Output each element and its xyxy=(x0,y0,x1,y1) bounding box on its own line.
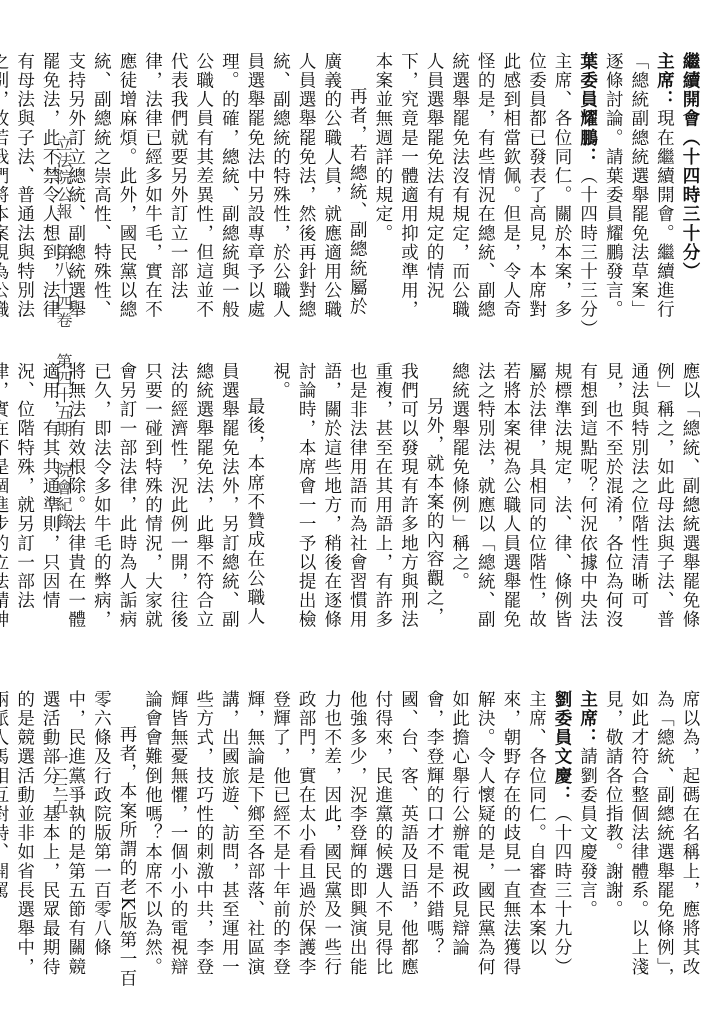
section-label: 院會紀錄 xyxy=(52,462,75,530)
publication-name: 立法院公報 xyxy=(52,135,75,220)
volume-label: 第八十四卷 xyxy=(52,244,75,329)
text-tier-2: 應以「總統、副總統選舉罷免條例」稱之，如此母法與子法、普通法與特別法之位階性清晰… xyxy=(84,362,702,634)
paragraph-text: （十四時三十九分）主席、各位同仁。自審查本案以來，朝野存在的歧見一直無法獲得解決… xyxy=(143,690,573,977)
running-footer: 立法院公報 第八十四卷 第四十五期 院會紀錄 xyxy=(52,135,75,548)
paragraph: 另外，就本案的內容觀之，我們可以發現有許多地方與刑法重複，甚至在其用語上，有許多… xyxy=(267,362,446,634)
paragraph: 主席：現在繼續開會。繼續進行「總統副總統選舉罷免法草案」逐條討論。請葉委員耀鵬發… xyxy=(600,52,677,332)
session-resume-text: 繼續開會（十四時三十分） xyxy=(680,52,700,281)
session-resume-line: 繼續開會（十四時三十分） xyxy=(676,52,702,332)
paragraph-text: 請劉委員文慶發言。 xyxy=(578,747,598,919)
paragraph-text: 席以為，起碼在名稱上，應將其改為「總統、副總統選舉罷免條例」，如此才符合整個法律… xyxy=(603,690,700,987)
text-tier-1: 繼續開會（十四時三十分） 主席：現在繼續開會。繼續進行「總統副總統選舉罷免法草案… xyxy=(84,52,702,332)
paragraph-text: 再者，本案所謂的老K版第一百零六條及行政院版第一百零八條中，民進黨爭執的是第五節… xyxy=(0,690,137,988)
paragraph-text: 應以「總統、副總統選舉罷免條例」稱之，如此母法與子法、普通法與特別法之位階性清晰… xyxy=(450,362,700,629)
speaker-label: 葉委員耀鵬： xyxy=(578,52,598,167)
paragraph-text: （十四時三十三分）主席、各位同仁。關於本案，多位委員都已發表了高見，本席對此感到… xyxy=(373,52,598,330)
paragraph: 應以「總統、副總統選舉罷免條例」稱之，如此母法與子法、普通法與特別法之位階性清晰… xyxy=(446,362,702,634)
speaker-label: 主席： xyxy=(578,690,598,747)
paragraph: 劉委員文慶：（十四時三十九分）主席、各位同仁。自審查本案以來，朝野存在的歧見一直… xyxy=(139,690,574,990)
speaker-label: 劉委員文慶： xyxy=(552,690,572,805)
speaker-label: 主席： xyxy=(654,52,674,109)
paragraph: 主席：請劉委員文慶發言。 xyxy=(574,690,600,990)
paragraph: 席以為，起碼在名稱上，應將其改為「總統、副總統選舉罷免條例」，如此才符合整個法律… xyxy=(600,690,702,990)
paragraph: 最後，本席不贊成在公職人員選舉罷免法外，另訂總統、副總統選舉罷免法，此舉不符合立… xyxy=(0,362,267,634)
issue-label: 第四十五期 xyxy=(52,353,75,438)
paragraph-text: 另外，就本案的內容觀之，我們可以發現有許多地方與刑法重複，甚至在其用語上，有許多… xyxy=(271,362,445,629)
paragraph-text: 最後，本席不贊成在公職人員選舉罷免法外，另訂總統、副總統選舉罷免法，此舉不符合立… xyxy=(0,362,265,629)
paragraph: 再者，本案所謂的老K版第一百零六條及行政院版第一百零八條中，民進黨爭執的是第五節… xyxy=(0,690,139,990)
paragraph: 葉委員耀鵬：（十四時三十三分）主席、各位同仁。關於本案，多位委員都已發表了高見，… xyxy=(369,52,599,332)
text-tier-3: 席以為，起碼在名稱上，應將其改為「總統、副總統選舉罷免條例」，如此才符合整個法律… xyxy=(84,690,702,990)
page-number: 一二三五 xyxy=(48,750,71,814)
